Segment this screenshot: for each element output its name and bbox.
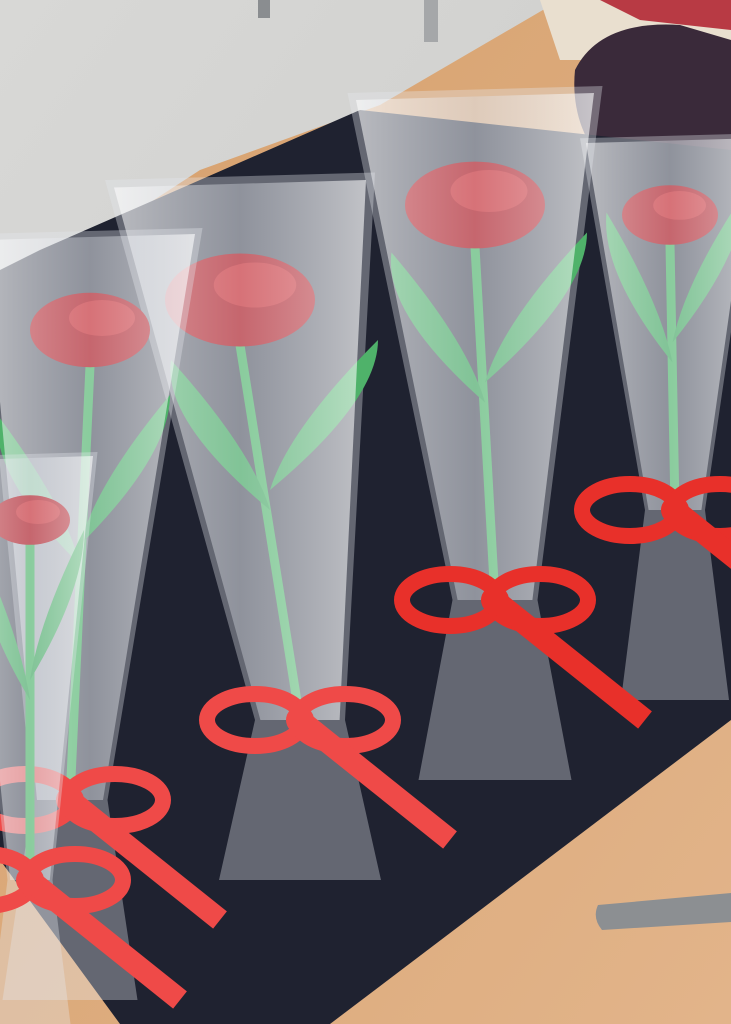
photo-scene <box>0 0 731 1024</box>
ribbon-knot <box>661 496 689 524</box>
ribbon-knot <box>16 866 44 894</box>
ribbon-knot <box>481 586 509 614</box>
chair-leg <box>424 0 438 42</box>
ribbon-knot <box>286 706 314 734</box>
chair-leg <box>258 0 270 18</box>
